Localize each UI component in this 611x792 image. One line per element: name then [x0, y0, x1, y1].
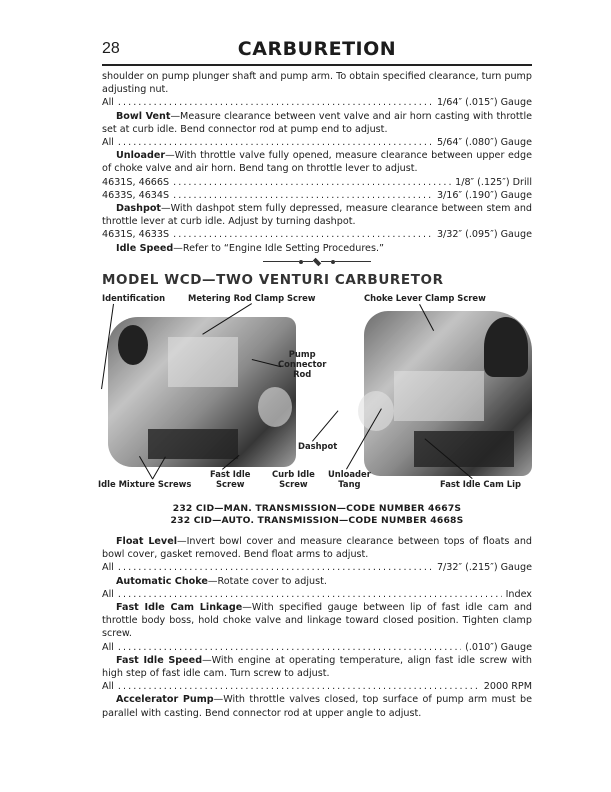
spec-value: 1/8″ (.125″) Drill: [451, 176, 532, 189]
spec-key: All: [102, 136, 118, 149]
procedure-text: —Refer to “Engine Idle Setting Procedure…: [173, 243, 384, 254]
dot-leader: [118, 588, 502, 601]
dot-leader: [118, 96, 433, 109]
procedure-paragraph: Fast Idle Cam Linkage—With specified gau…: [102, 601, 532, 641]
carburetor-photo-right: [364, 311, 532, 476]
spec-line: 4631S, 4666S1/8″ (.125″) Drill: [102, 176, 532, 189]
dot-leader: [173, 176, 451, 189]
spec-value: 3/32″ (.095″) Gauge: [433, 228, 532, 241]
spec-value: 2000 RPM: [480, 680, 532, 693]
spec-line: All(.010″) Gauge: [102, 641, 532, 654]
dot-leader: [173, 189, 433, 202]
top-procedure-list: Bowl Vent—Measure clearance between vent…: [102, 110, 532, 255]
callout-identification: Identification: [102, 293, 165, 303]
dot-leader: [118, 680, 480, 693]
spec-value: 5/64″ (.080″) Gauge: [433, 136, 532, 149]
spec-line: 4633S, 4634S3/16″ (.190″) Gauge: [102, 189, 532, 202]
callout-unloader-tang: Unloader Tang: [328, 469, 371, 489]
callout-choke-lever-clamp-screw: Choke Lever Clamp Screw: [364, 293, 486, 303]
spec-key: All: [102, 588, 118, 601]
procedure-term: Float Level: [116, 536, 177, 547]
procedure-paragraph: Float Level—Invert bowl cover and measur…: [102, 535, 532, 561]
procedure-paragraph: Accelerator Pump—With throttle valves cl…: [102, 693, 532, 719]
dot-leader: [118, 641, 461, 654]
callout-pump-connector-rod: Pump Connector Rod: [278, 349, 326, 379]
spec-value: 7/32″ (.215″) Gauge: [433, 561, 532, 574]
header-rule: [102, 64, 532, 66]
callout-dashpot: Dashpot: [298, 441, 337, 451]
spec-line: All5/64″ (.080″) Gauge: [102, 136, 532, 149]
procedure-term: Dashpot: [116, 203, 161, 214]
procedure-paragraph: Dashpot—With dashpot stem fully depresse…: [102, 202, 532, 228]
figure-captions: 232 CID—MAN. TRANSMISSION—CODE NUMBER 46…: [102, 503, 532, 527]
callout-fast-idle-screw: Fast Idle Screw: [210, 469, 250, 489]
carburetor-photo-left: [108, 317, 296, 467]
procedure-term: Fast Idle Cam Linkage: [116, 602, 242, 613]
spec-value: 1/64″ (.015″) Gauge: [433, 96, 532, 109]
procedure-paragraph: Automatic Choke—Rotate cover to adjust.: [102, 575, 532, 588]
spec-value: 3/16″ (.190″) Gauge: [433, 189, 532, 202]
procedure-term: Automatic Choke: [116, 576, 208, 587]
caption-manual: 232 CID—MAN. TRANSMISSION—CODE NUMBER 46…: [102, 503, 532, 515]
procedure-paragraph: Fast Idle Speed—With engine at operating…: [102, 654, 532, 680]
spec-value: (.010″) Gauge: [461, 641, 532, 654]
page-body: shoulder on pump plunger shaft and pump …: [102, 70, 532, 720]
spec-line: 4631S, 4633S3/32″ (.095″) Gauge: [102, 228, 532, 241]
procedure-paragraph: Bowl Vent—Measure clearance between vent…: [102, 110, 532, 136]
spec-key: All: [102, 641, 118, 654]
spec-line: All2000 RPM: [102, 680, 532, 693]
procedure-text: —With throttle valve fully opened, measu…: [102, 150, 532, 174]
spec-key: All: [102, 680, 118, 693]
spec-key: All: [102, 561, 118, 574]
dot-leader: [173, 228, 433, 241]
bottom-procedure-list: Float Level—Invert bowl cover and measur…: [102, 535, 532, 720]
running-title: CARBURETION: [102, 38, 532, 60]
procedure-text: —Rotate cover to adjust.: [208, 576, 327, 587]
procedure-term: Accelerator Pump: [116, 694, 214, 705]
caption-automatic: 232 CID—AUTO. TRANSMISSION—CODE NUMBER 4…: [102, 515, 532, 527]
procedure-term: Bowl Vent: [116, 111, 170, 122]
leader-line: [312, 410, 338, 441]
procedure-term: Idle Speed: [116, 243, 173, 254]
spec-value: Index: [502, 588, 532, 601]
spec-key: 4631S, 4666S: [102, 176, 173, 189]
spec-key: 4631S, 4633S: [102, 228, 173, 241]
spec-key: All: [102, 96, 118, 109]
dot-leader: [118, 136, 433, 149]
carburetor-figure: Identification Metering Rod Clamp Screw …: [102, 289, 532, 497]
ornament-divider: [102, 256, 532, 268]
callout-curb-idle-screw: Curb Idle Screw: [272, 469, 315, 489]
continuation-paragraph: shoulder on pump plunger shaft and pump …: [102, 70, 532, 96]
spec-line: All7/32″ (.215″) Gauge: [102, 561, 532, 574]
spec-line: All 1/64″ (.015″) Gauge: [102, 96, 532, 109]
callout-fast-idle-cam-lip: Fast Idle Cam Lip: [440, 479, 521, 489]
callout-idle-mixture-screws: Idle Mixture Screws: [98, 479, 191, 489]
dot-leader: [118, 561, 433, 574]
page-header: 28 CARBURETION: [102, 38, 532, 62]
spec-line: AllIndex: [102, 588, 532, 601]
procedure-term: Fast Idle Speed: [116, 655, 202, 666]
callout-metering-rod-clamp-screw: Metering Rod Clamp Screw: [188, 293, 316, 303]
spec-key: 4633S, 4634S: [102, 189, 173, 202]
procedure-term: Unloader: [116, 150, 165, 161]
procedure-paragraph: Unloader—With throttle valve fully opene…: [102, 149, 532, 175]
procedure-paragraph: Idle Speed—Refer to “Engine Idle Setting…: [102, 242, 532, 255]
procedure-text: —With dashpot stem fully depressed, meas…: [102, 203, 532, 227]
section-title: MODEL WCD—TWO VENTURI CARBURETOR: [102, 274, 532, 287]
